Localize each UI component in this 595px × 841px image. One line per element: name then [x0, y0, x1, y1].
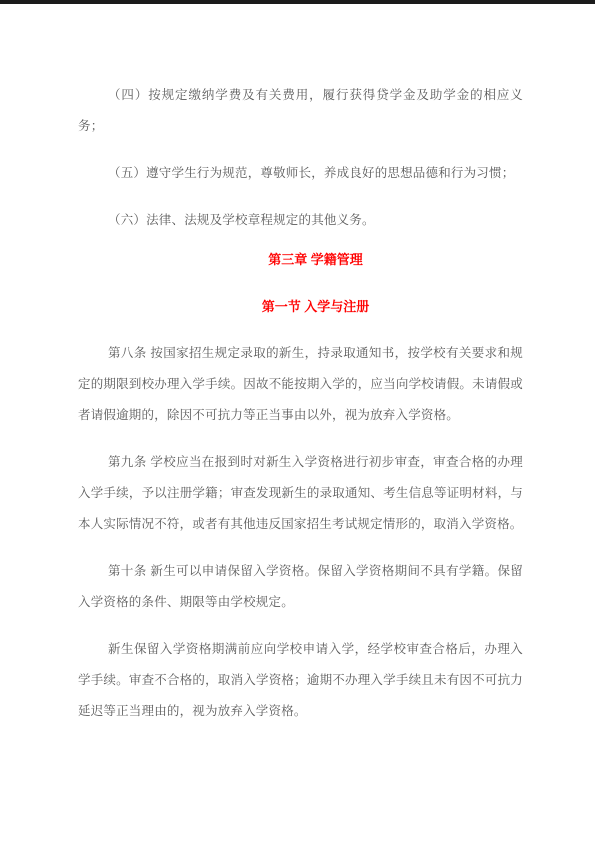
article-9-paragraph: 第九条 学校应当在报到时对新生入学资格进行初步审查，审查合格的办理入学手续，予以… — [78, 447, 523, 540]
document-content: （四）按规定缴纳学费及有关费用，履行获得贷学金及助学金的相应义务； （五）遵守学… — [0, 4, 595, 727]
list-item-5: （五）遵守学生行为规范，尊敬师长，养成良好的思想品德和行为习惯； — [78, 158, 523, 189]
article-10-continuation-paragraph: 新生保留入学资格期满前应向学校申请入学，经学校审查合格后，办理入学手续。审查不合… — [78, 634, 523, 727]
list-item-4: （四）按规定缴纳学费及有关费用，履行获得贷学金及助学金的相应义务； — [78, 80, 523, 142]
article-10-paragraph: 第十条 新生可以申请保留入学资格。保留入学资格期间不具有学籍。保留入学资格的条件… — [78, 556, 523, 618]
article-8-paragraph: 第八条 按国家招生规定录取的新生，持录取通知书，按学校有关要求和规定的期限到校办… — [78, 338, 523, 431]
document-page: （四）按规定缴纳学费及有关费用，履行获得贷学金及助学金的相应义务； （五）遵守学… — [0, 0, 595, 841]
list-item-6: （六）法律、法规及学校章程规定的其他义务。 — [78, 205, 523, 236]
chapter-heading: 第三章 学籍管理 — [78, 244, 523, 275]
section-heading: 第一节 入学与注册 — [78, 291, 523, 322]
